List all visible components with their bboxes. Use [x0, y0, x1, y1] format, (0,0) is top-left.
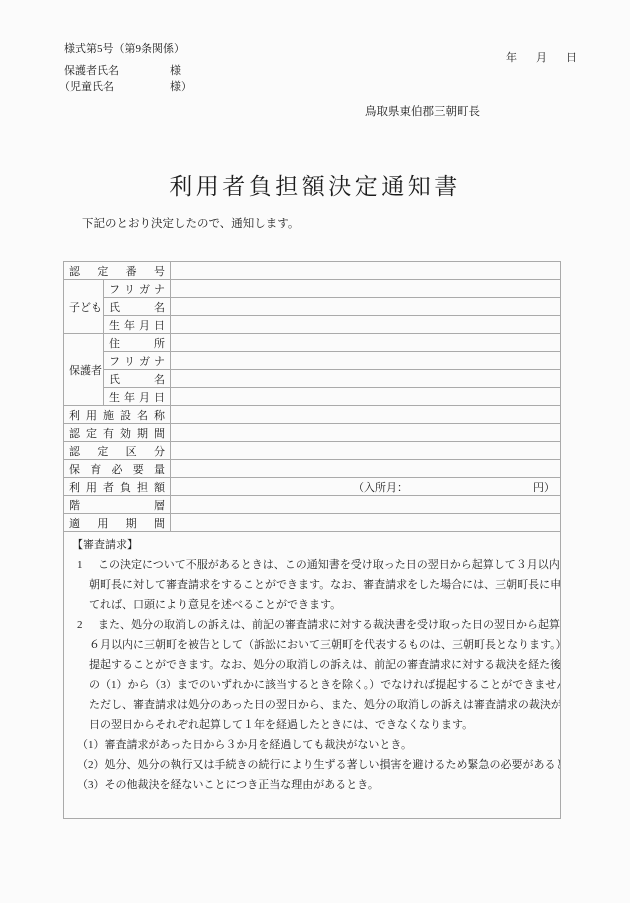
- value-child-birthdate: [171, 316, 561, 334]
- appeal-subitem-1: （1）審査請求があった日から３か月を経過しても裁決がないとき。: [77, 735, 550, 755]
- label-certification-valid-period: 認定有効期間: [64, 424, 171, 442]
- label-facility-name: 利用施設名称: [64, 406, 171, 424]
- admission-month-note: （入所月：円）: [353, 479, 560, 495]
- value-child-furigana: [171, 280, 561, 298]
- label-child-name: 氏名: [104, 298, 171, 316]
- form-body: 認定番号 子ども フリガナ 氏名 生年月日 保護者: [63, 261, 561, 819]
- label-application-period: 適用期間: [64, 514, 171, 532]
- table-row: フリガナ: [64, 352, 561, 370]
- appeal-line: てれば、口頭により意見を述べることができます。: [89, 595, 550, 615]
- guardian-honorific: 様: [170, 64, 181, 79]
- appeal-line: ただし、審査請求は処分のあった日の翌日から、また、処分の取消しの訴えは審査請求の…: [89, 695, 550, 715]
- appeal-line: 日の翌日からそれぞれ起算して１年を経過したときには、できなくなります。: [89, 715, 550, 735]
- appeal-heading: 【審査請求】: [72, 535, 550, 555]
- value-guardian-furigana: [171, 352, 561, 370]
- table-row: 認定区分: [64, 442, 561, 460]
- appeal-line: の（1）から（3）までのいずれかに該当するときを除く。）でなければ提起することが…: [89, 675, 550, 695]
- date-line: 年 月 日: [506, 51, 581, 66]
- label-child-group: 子ども: [64, 280, 104, 334]
- appeal-line: 提起することができます。なお、処分の取消しの訴えは、前記の審査請求に対する裁決を…: [89, 655, 550, 675]
- value-tier: [171, 496, 561, 514]
- issuer-name: 鳥取県東伯郡三朝町長: [365, 103, 480, 119]
- appeal-paragraph-2: 2 また、処分の取消しの訴えは、前記の審査請求に対する裁決書を受け取った日の翌日…: [72, 615, 550, 735]
- table-row: 保育必要量: [64, 460, 561, 478]
- table-row: 認定有効期間: [64, 424, 561, 442]
- appeal-subitem-3: （3）その他裁決を経ないことにつき正当な理由があるとき。: [77, 775, 550, 795]
- label-guardian-name: 氏名: [104, 370, 171, 388]
- guardian-name-label: 保護者氏名: [64, 64, 119, 79]
- value-child-name: [171, 298, 561, 316]
- child-honorific: 様）: [170, 80, 192, 95]
- label-tier: 階層: [64, 496, 171, 514]
- appeal-line: 朝町長に対して審査請求をすることができます。なお、審査請求をした場合には、三朝町…: [89, 575, 550, 595]
- label-childcare-necessity: 保育必要量: [64, 460, 171, 478]
- table-row: 氏名: [64, 298, 561, 316]
- appeal-item-number: 2: [77, 615, 89, 735]
- table-row: 氏名: [64, 370, 561, 388]
- value-application-period: [171, 514, 561, 532]
- value-facility-name: [171, 406, 561, 424]
- table-row: 階層: [64, 496, 561, 514]
- appeal-line: また、処分の取消しの訴えは、前記の審査請求に対する裁決書を受け取った日の翌日から…: [89, 615, 550, 635]
- table-row: 認定番号: [64, 262, 561, 280]
- label-user-fee: 利用者負担額: [64, 478, 171, 496]
- appeal-subitem-2: （2）処分、処分の執行又は手続きの続行により生ずる著しい損害を避けるため緊急の必…: [77, 755, 550, 775]
- label-guardian-group: 保護者: [64, 334, 104, 406]
- value-guardian-address: [171, 334, 561, 352]
- value-certification-valid-period: [171, 424, 561, 442]
- table-row: 利用施設名称: [64, 406, 561, 424]
- table-row: 利用者負担額 （入所月：円）: [64, 478, 561, 496]
- label-certification-category: 認定区分: [64, 442, 171, 460]
- table-row: 適用期間: [64, 514, 561, 532]
- lead-sentence: 下記のとおり決定したので、通知します。: [82, 215, 299, 231]
- child-name-label: （児童氏名: [59, 80, 114, 95]
- appeal-paragraph-1: 1 この決定について不服があるときは、この通知書を受け取った日の翌日から起算して…: [72, 555, 550, 615]
- appeal-section: 【審査請求】 1 この決定について不服があるときは、この通知書を受け取った日の翌…: [63, 532, 561, 819]
- value-guardian-name: [171, 370, 561, 388]
- label-child-birthdate: 生年月日: [104, 316, 171, 334]
- label-guardian-birthdate: 生年月日: [104, 388, 171, 406]
- value-certification-number: [171, 262, 561, 280]
- appeal-line: この決定について不服があるときは、この通知書を受け取った日の翌日から起算して３月…: [89, 555, 550, 575]
- table-row: 生年月日: [64, 316, 561, 334]
- table-row: 保護者 住所: [64, 334, 561, 352]
- value-childcare-necessity: [171, 460, 561, 478]
- appeal-line: ６月以内に三朝町を被告として（訴訟において三朝町を代表するものは、三朝町長となり…: [89, 635, 550, 655]
- label-guardian-furigana: フリガナ: [104, 352, 171, 370]
- decision-table: 認定番号 子ども フリガナ 氏名 生年月日 保護者: [63, 261, 561, 532]
- table-row: 生年月日: [64, 388, 561, 406]
- label-certification-number: 認定番号: [64, 262, 171, 280]
- form-number: 様式第5号（第9条関係）: [64, 42, 185, 57]
- label-guardian-address: 住所: [104, 334, 171, 352]
- value-user-fee: （入所月：円）: [171, 478, 561, 496]
- value-guardian-birthdate: [171, 388, 561, 406]
- table-row: 子ども フリガナ: [64, 280, 561, 298]
- appeal-item-number: 1: [77, 555, 89, 615]
- document-title: 利用者負担額決定通知書: [0, 168, 630, 201]
- label-child-furigana: フリガナ: [104, 280, 171, 298]
- value-certification-category: [171, 442, 561, 460]
